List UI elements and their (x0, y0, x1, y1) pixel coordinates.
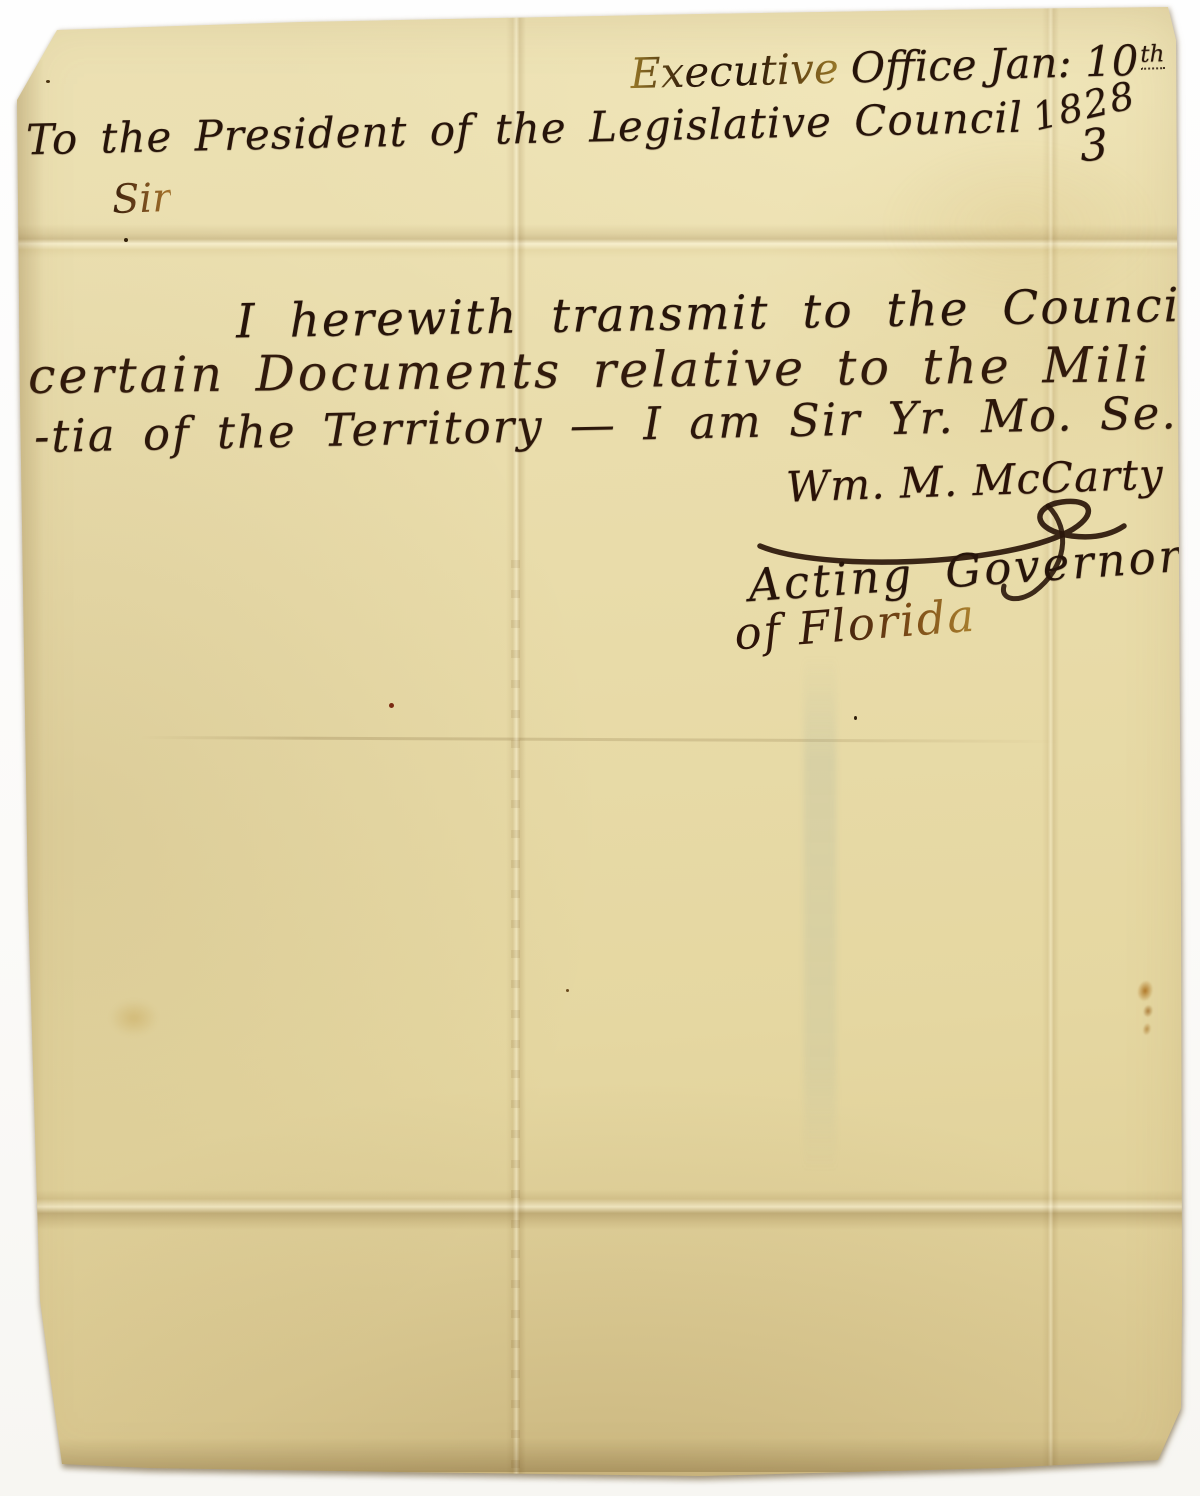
fold-crease-horizontal-top (0, 224, 1200, 258)
rust-stain-right (1118, 972, 1174, 1044)
faint-stain-left (110, 1000, 158, 1036)
paper-shadow-wrap: ExecutiveOfficeJan: 10th 1828 3 To the P… (0, 0, 1200, 1496)
fold-crease-vertical-right (1042, 0, 1059, 1496)
bottom-edge-shading (30, 1438, 1176, 1472)
address-line: To the President of the Legislative Coun… (26, 93, 1024, 165)
fold-crease-vertical-left (506, 0, 526, 1496)
docket-number: 3 (1078, 119, 1109, 172)
scanned-letter-background: ExecutiveOfficeJan: 10th 1828 3 To the P… (0, 0, 1200, 1496)
fold-crease-hairline-middle (140, 736, 1060, 743)
letter-paper: ExecutiveOfficeJan: 10th 1828 3 To the P… (0, 0, 1200, 1496)
dateline-date-suffix: th (1140, 41, 1165, 70)
dateline-word-executive: Executive (629, 44, 839, 98)
fold-crease-vertical-left-pucker (511, 560, 520, 1496)
signature: Wm. M. McCarty (785, 449, 1164, 511)
dateline-word-office: Office (850, 40, 977, 92)
left-edge-shading (16, 60, 44, 1452)
ink-speck (124, 238, 128, 242)
ink-speck (46, 80, 50, 83)
ink-speck (389, 703, 394, 708)
ink-bleed-streak (804, 656, 836, 1172)
fold-crease-horizontal-bottom (0, 1190, 1200, 1230)
ink-speck (566, 989, 569, 992)
ink-speck (854, 716, 857, 720)
salutation: Sir (111, 175, 172, 223)
